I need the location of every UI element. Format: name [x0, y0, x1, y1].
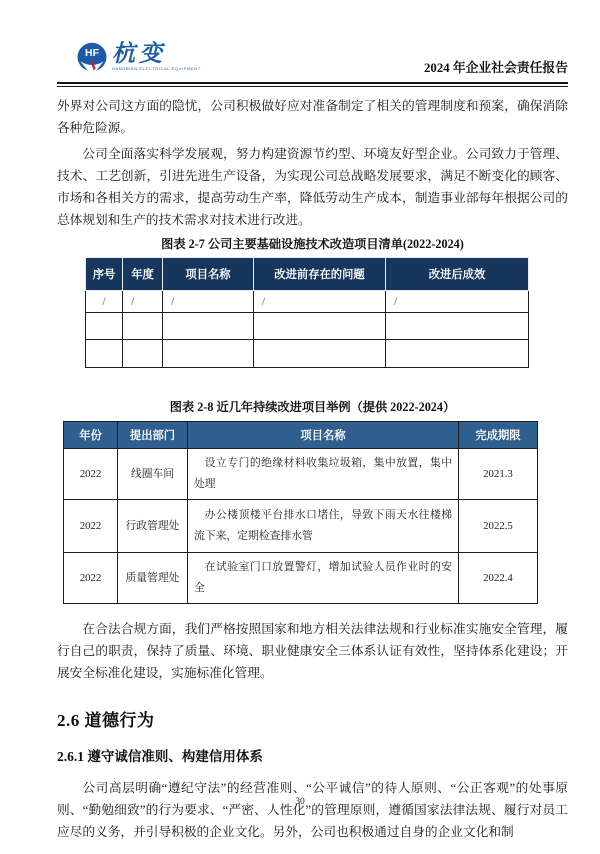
table-cell — [123, 340, 163, 368]
project-cell: 设立专门的绝缘材料收集垃圾箱，集中放置，集中处理 — [188, 449, 459, 500]
table-cell: / — [254, 291, 386, 313]
column-header: 改进前存在的问题 — [254, 258, 386, 291]
logo-subtext: HANGBIAN ELECTRICAL EQUIPMENT — [112, 66, 201, 72]
table-cell: / — [386, 291, 529, 313]
table-cell — [86, 340, 123, 368]
company-logo: HF 杭变 HANGBIAN ELECTRICAL EQUIPMENT — [77, 42, 201, 78]
deadline-cell: 2022.4 — [459, 553, 538, 604]
table-cell — [254, 313, 386, 340]
column-header: 项目名称 — [163, 258, 254, 291]
column-header: 项目名称 — [188, 422, 459, 449]
dept-cell: 质量管理处 — [118, 553, 188, 604]
table-row: / / / / / — [86, 291, 529, 313]
paragraph-compliance: 在合法合规方面，我们严格按照国家和地方相关法律法规和行业标准实施安全管理，履行自… — [57, 618, 568, 684]
year-cell: 2022 — [64, 553, 118, 604]
svg-text:HF: HF — [85, 47, 100, 59]
logo-text-block: 杭变 HANGBIAN ELECTRICAL EQUIPMENT — [112, 42, 201, 72]
year-cell: 2022 — [64, 500, 118, 553]
logo-emblem-icon: HF — [77, 42, 107, 78]
table-2-7: 序号 年度 项目名称 改进前存在的问题 改进后成效 / / / / / — [85, 257, 529, 368]
table-cell — [386, 313, 529, 340]
table-row: 2022 线圈车间 设立专门的绝缘材料收集垃圾箱，集中放置，集中处理 2021.… — [64, 449, 538, 500]
document-page: HF 杭变 HANGBIAN ELECTRICAL EQUIPMENT 2024… — [0, 0, 600, 854]
table-cell: / — [123, 291, 163, 313]
page-number: 30 — [0, 797, 600, 807]
dept-cell: 行政管理处 — [118, 500, 188, 553]
deadline-cell: 2021.3 — [459, 449, 538, 500]
report-title: 2024 年企业社会责任报告 — [424, 57, 568, 78]
column-header: 改进后成效 — [386, 258, 529, 291]
table-cell — [123, 313, 163, 340]
table-row — [86, 340, 529, 368]
paragraph-scientific-development: 公司全面落实科学发展观，努力构建资源节约型、环境友好型企业。公司致力于管理、技术… — [57, 143, 568, 231]
table-cell — [163, 313, 254, 340]
section-heading-2-6: 2.6 道德行为 — [57, 706, 568, 731]
year-cell: 2022 — [64, 449, 118, 500]
table-2-7-caption: 图表 2-7 公司主要基础设施技术改造项目清单(2022-2024) — [57, 235, 568, 252]
table-cell: / — [163, 291, 254, 313]
project-cell: 办公楼顶楼平台排水口堵住，导致下雨天水往楼梯流下来，定期检查排水管 — [188, 500, 459, 553]
table-cell: / — [86, 291, 123, 313]
project-cell: 在试验室门口放置警灯，增加试验人员作业时的安全 — [188, 553, 459, 604]
table-2-8-header-row: 年份 提出部门 项目名称 完成期限 — [64, 422, 538, 449]
table-2-8-caption: 图表 2-8 近几年持续改进项目举例（提供 2022-2024） — [57, 398, 568, 415]
table-2-7-header-row: 序号 年度 项目名称 改进前存在的问题 改进后成效 — [86, 258, 529, 291]
column-header: 完成期限 — [459, 422, 538, 449]
paragraph-integrity-principles: 公司高层明确“遵纪守法”的经营准则、“公平诚信”的待人原则、“公正客观”的处事原… — [57, 777, 568, 843]
header-divider — [57, 82, 568, 87]
table-cell — [86, 313, 123, 340]
table-cell — [163, 340, 254, 368]
table-cell — [386, 340, 529, 368]
paragraph-risk-sources: 外界对公司这方面的隐忧，公司积极做好应对准备制定了相关的管理制度和预案，确保消除… — [57, 95, 568, 139]
column-header: 年份 — [64, 422, 118, 449]
table-2-8: 年份 提出部门 项目名称 完成期限 2022 线圈车间 设立专门的绝缘材料收集垃… — [63, 421, 538, 604]
logo-brand-name: 杭变 — [112, 42, 201, 66]
column-header: 年度 — [123, 258, 163, 291]
column-header: 提出部门 — [118, 422, 188, 449]
table-row — [86, 313, 529, 340]
table-row: 2022 行政管理处 办公楼顶楼平台排水口堵住，导致下雨天水往楼梯流下来，定期检… — [64, 500, 538, 553]
column-header: 序号 — [86, 258, 123, 291]
dept-cell: 线圈车间 — [118, 449, 188, 500]
table-row: 2022 质量管理处 在试验室门口放置警灯，增加试验人员作业时的安全 2022.… — [64, 553, 538, 604]
page-header: HF 杭变 HANGBIAN ELECTRICAL EQUIPMENT 2024… — [57, 42, 568, 78]
deadline-cell: 2022.5 — [459, 500, 538, 553]
table-cell — [254, 340, 386, 368]
subsection-heading-2-6-1: 2.6.1 遵守诚信准则、构建信用体系 — [57, 745, 568, 765]
